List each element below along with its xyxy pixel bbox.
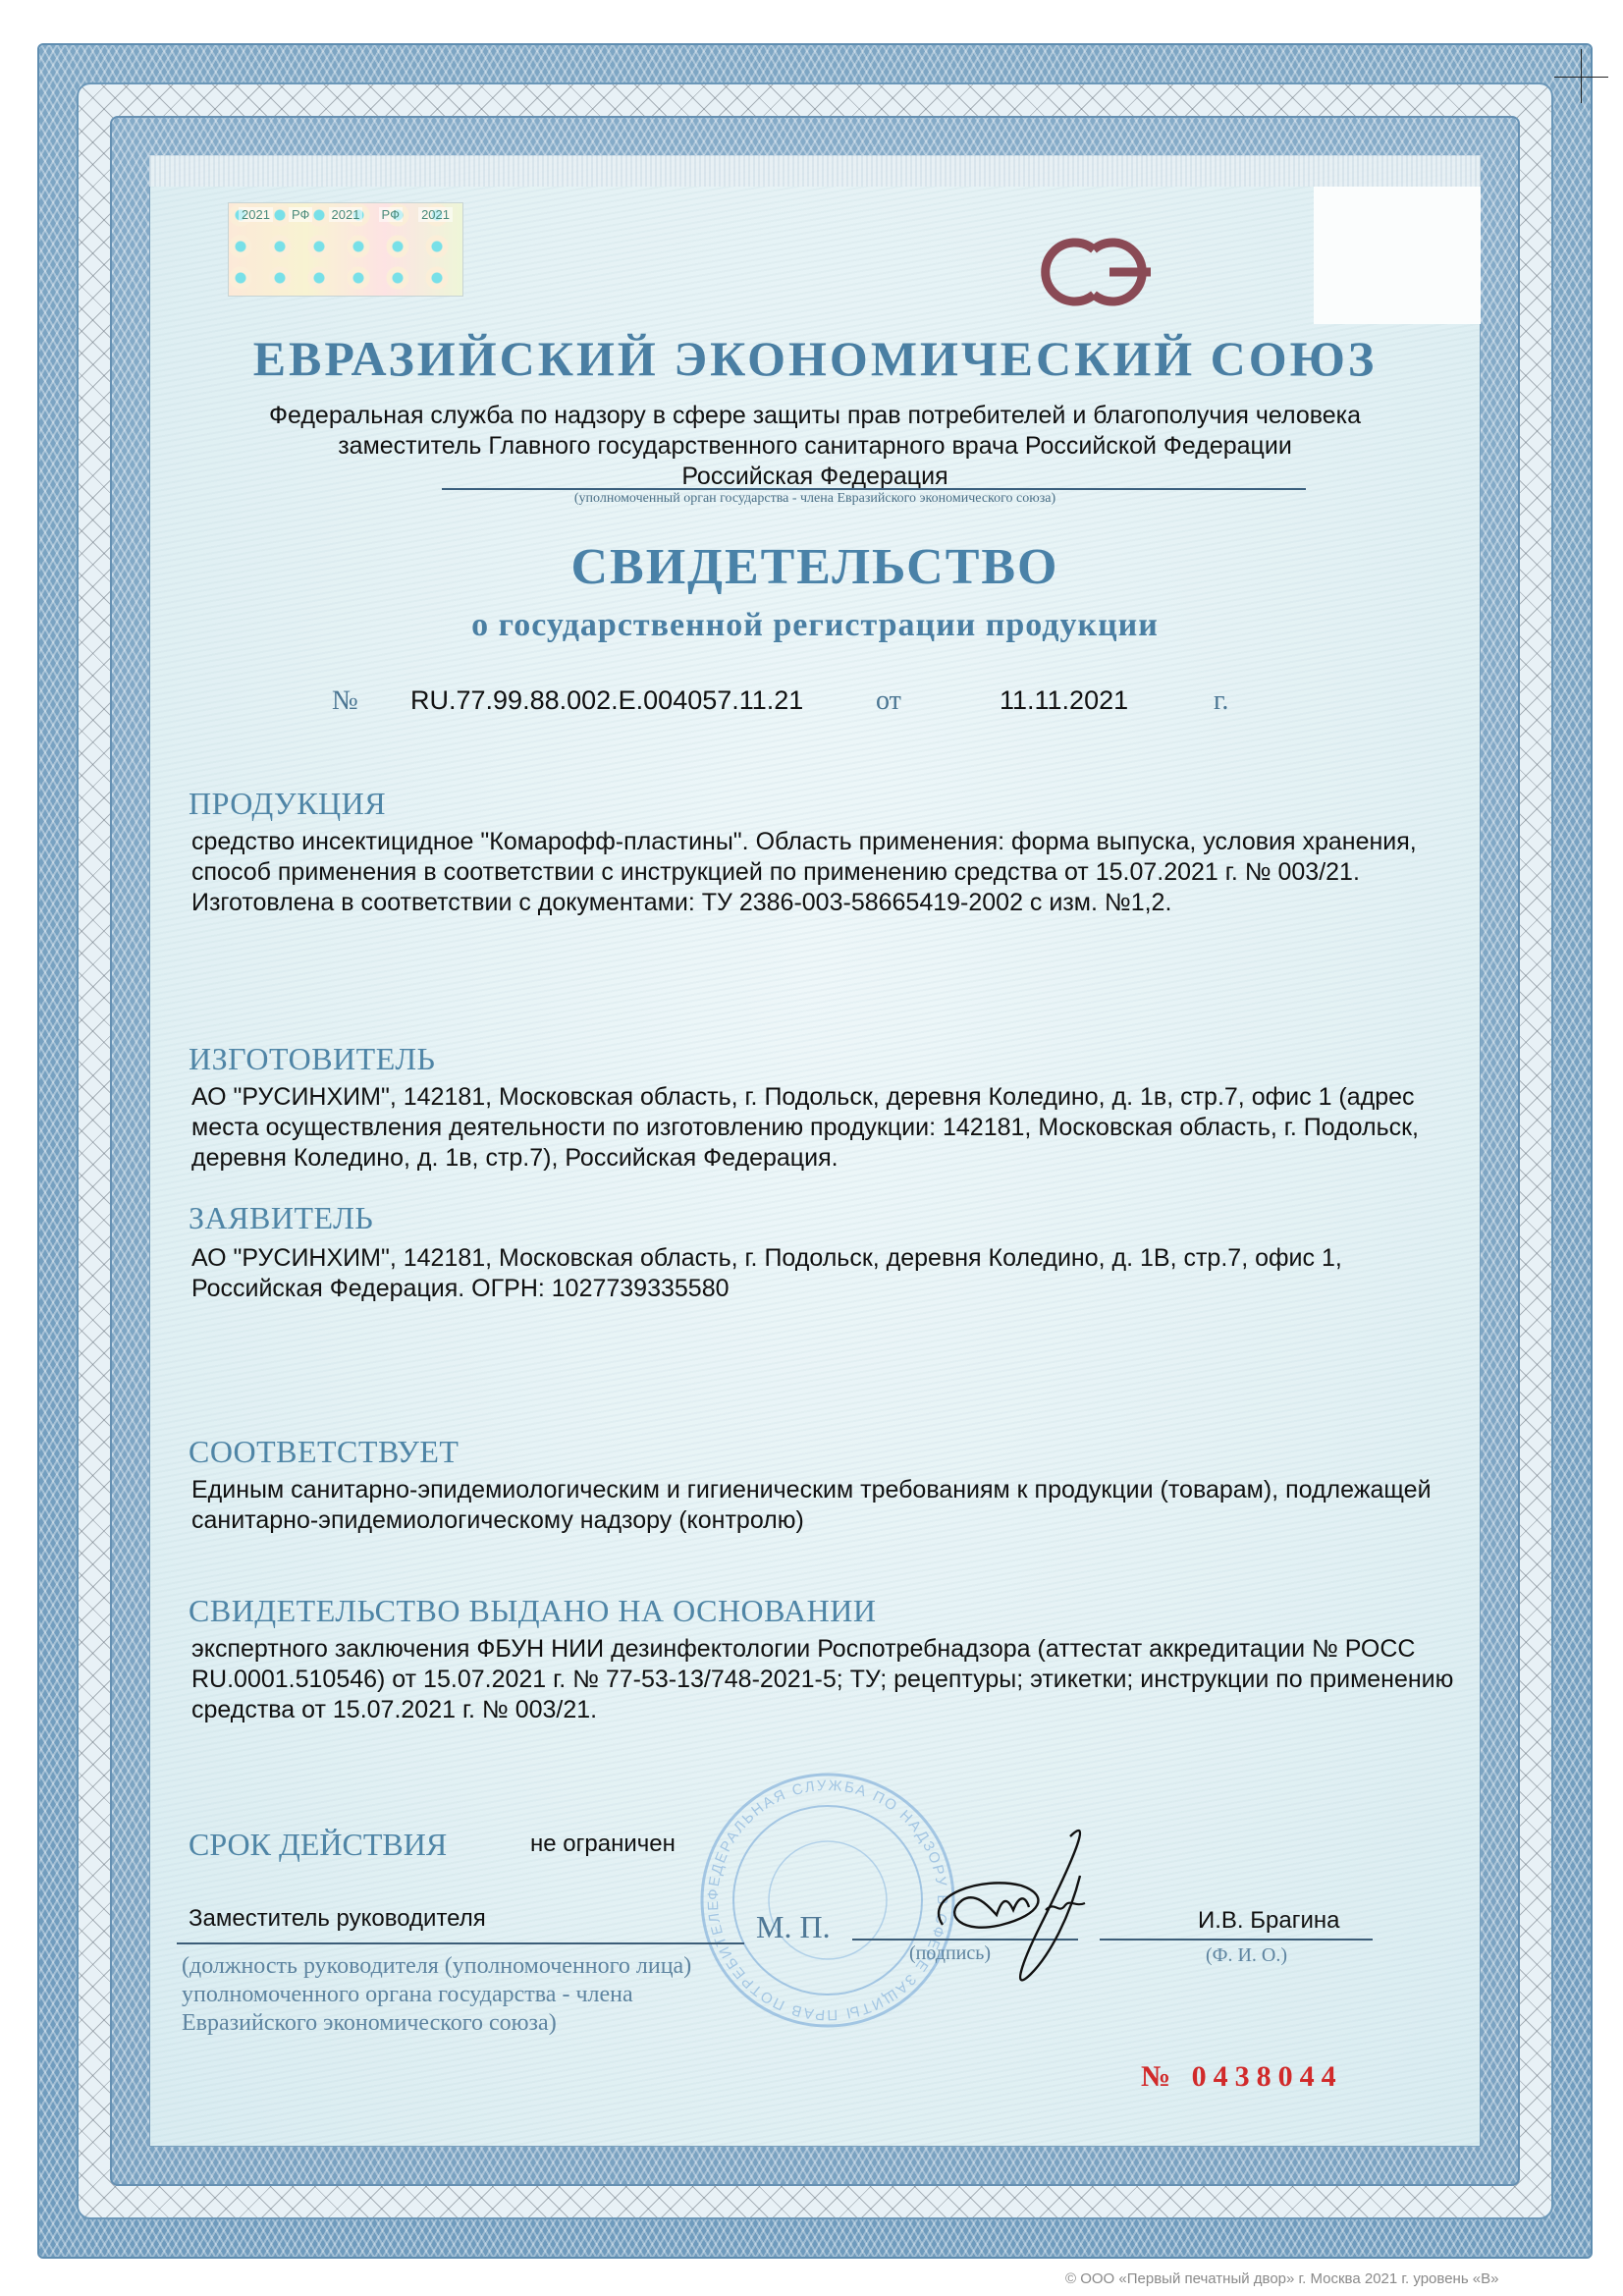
validity-value: не ограничен [530, 1831, 676, 1858]
eaeu-ce-mark-icon [1033, 228, 1170, 316]
registration-number-row: № RU.77.99.88.002.Е.004057.11.21 от 11.1… [0, 685, 1623, 725]
date-label: от [876, 685, 901, 717]
signatory-name: И.В. Брагина [1198, 1907, 1339, 1935]
section-body-compliance: Единым санитарно-эпидемиологическим и ги… [191, 1475, 1478, 1536]
printer-imprint: © ООО «Первый печатный двор» г. Москва 2… [1065, 2270, 1499, 2287]
signatory-position: Заместитель руководителя [189, 1905, 486, 1933]
section-body-manufacturer: АО "РУСИНХИМ", 142181, Московская област… [191, 1082, 1478, 1174]
validity-heading: СРОК ДЕЙСТВИЯ [189, 1827, 447, 1863]
section-heading-compliance: СООТВЕТСТВУЕТ [189, 1434, 459, 1470]
hologram-mark: РФ [379, 207, 403, 222]
position-caption: (должность руководителя (уполномоченного… [182, 1952, 761, 2038]
handwritten-signature-icon [923, 1817, 1119, 2013]
position-underline [177, 1942, 744, 1944]
section-heading-manufacturer: ИЗГОТОВИТЕЛЬ [189, 1041, 435, 1077]
section-body-applicant: АО "РУСИНХИМ", 142181, Московская област… [191, 1243, 1478, 1304]
agency-line: заместитель Главного государственного са… [157, 431, 1473, 462]
blank-patch [1314, 187, 1481, 324]
hologram-year: 2021 [418, 207, 453, 222]
agency-caption: (уполномоченный орган государства - член… [157, 491, 1473, 507]
registration-date: 11.11.2021 [1000, 685, 1128, 716]
form-serial-number: № 0438044 [1141, 2060, 1343, 2094]
section-heading-applicant: ЗАЯВИТЕЛЬ [189, 1200, 373, 1236]
agency-underline [442, 488, 1306, 490]
union-title: ЕВРАЗИЙСКИЙ ЭКОНОМИЧЕСКИЙ СОЮЗ [157, 330, 1473, 387]
number-label: № [332, 685, 358, 717]
name-underline [1100, 1939, 1373, 1941]
issuing-agency: Федеральная служба по надзору в сфере за… [157, 401, 1473, 492]
name-caption: (Ф. И. О.) [1206, 1944, 1287, 1967]
section-body-basis: экспертного заключения ФБУН НИИ дезинфек… [191, 1634, 1478, 1725]
hologram-year: 2021 [329, 207, 363, 222]
hologram-year: 2021 [239, 207, 273, 222]
hologram-sticker: 2021 РФ 2021 РФ 2021 [228, 202, 463, 297]
hologram-mark: РФ [289, 207, 312, 222]
crop-mark [1581, 49, 1582, 103]
seal-place-label: М. П. [756, 1909, 831, 1945]
agency-line: Федеральная служба по надзору в сфере за… [157, 401, 1473, 431]
section-heading-product: ПРОДУКЦИЯ [189, 786, 386, 822]
section-heading-basis: СВИДЕТЕЛЬСТВО ВЫДАНО НА ОСНОВАНИИ [189, 1593, 876, 1629]
certificate-subtitle: о государственной регистрации продукции [157, 607, 1473, 644]
certificate-title: СВИДЕТЕЛЬСТВО [157, 538, 1473, 596]
paper-top-stripe [149, 155, 1481, 187]
year-suffix: г. [1214, 685, 1228, 717]
section-body-product: средство инсектицидное "Комарофф-пластин… [191, 827, 1478, 918]
registration-number: RU.77.99.88.002.Е.004057.11.21 [410, 685, 803, 716]
